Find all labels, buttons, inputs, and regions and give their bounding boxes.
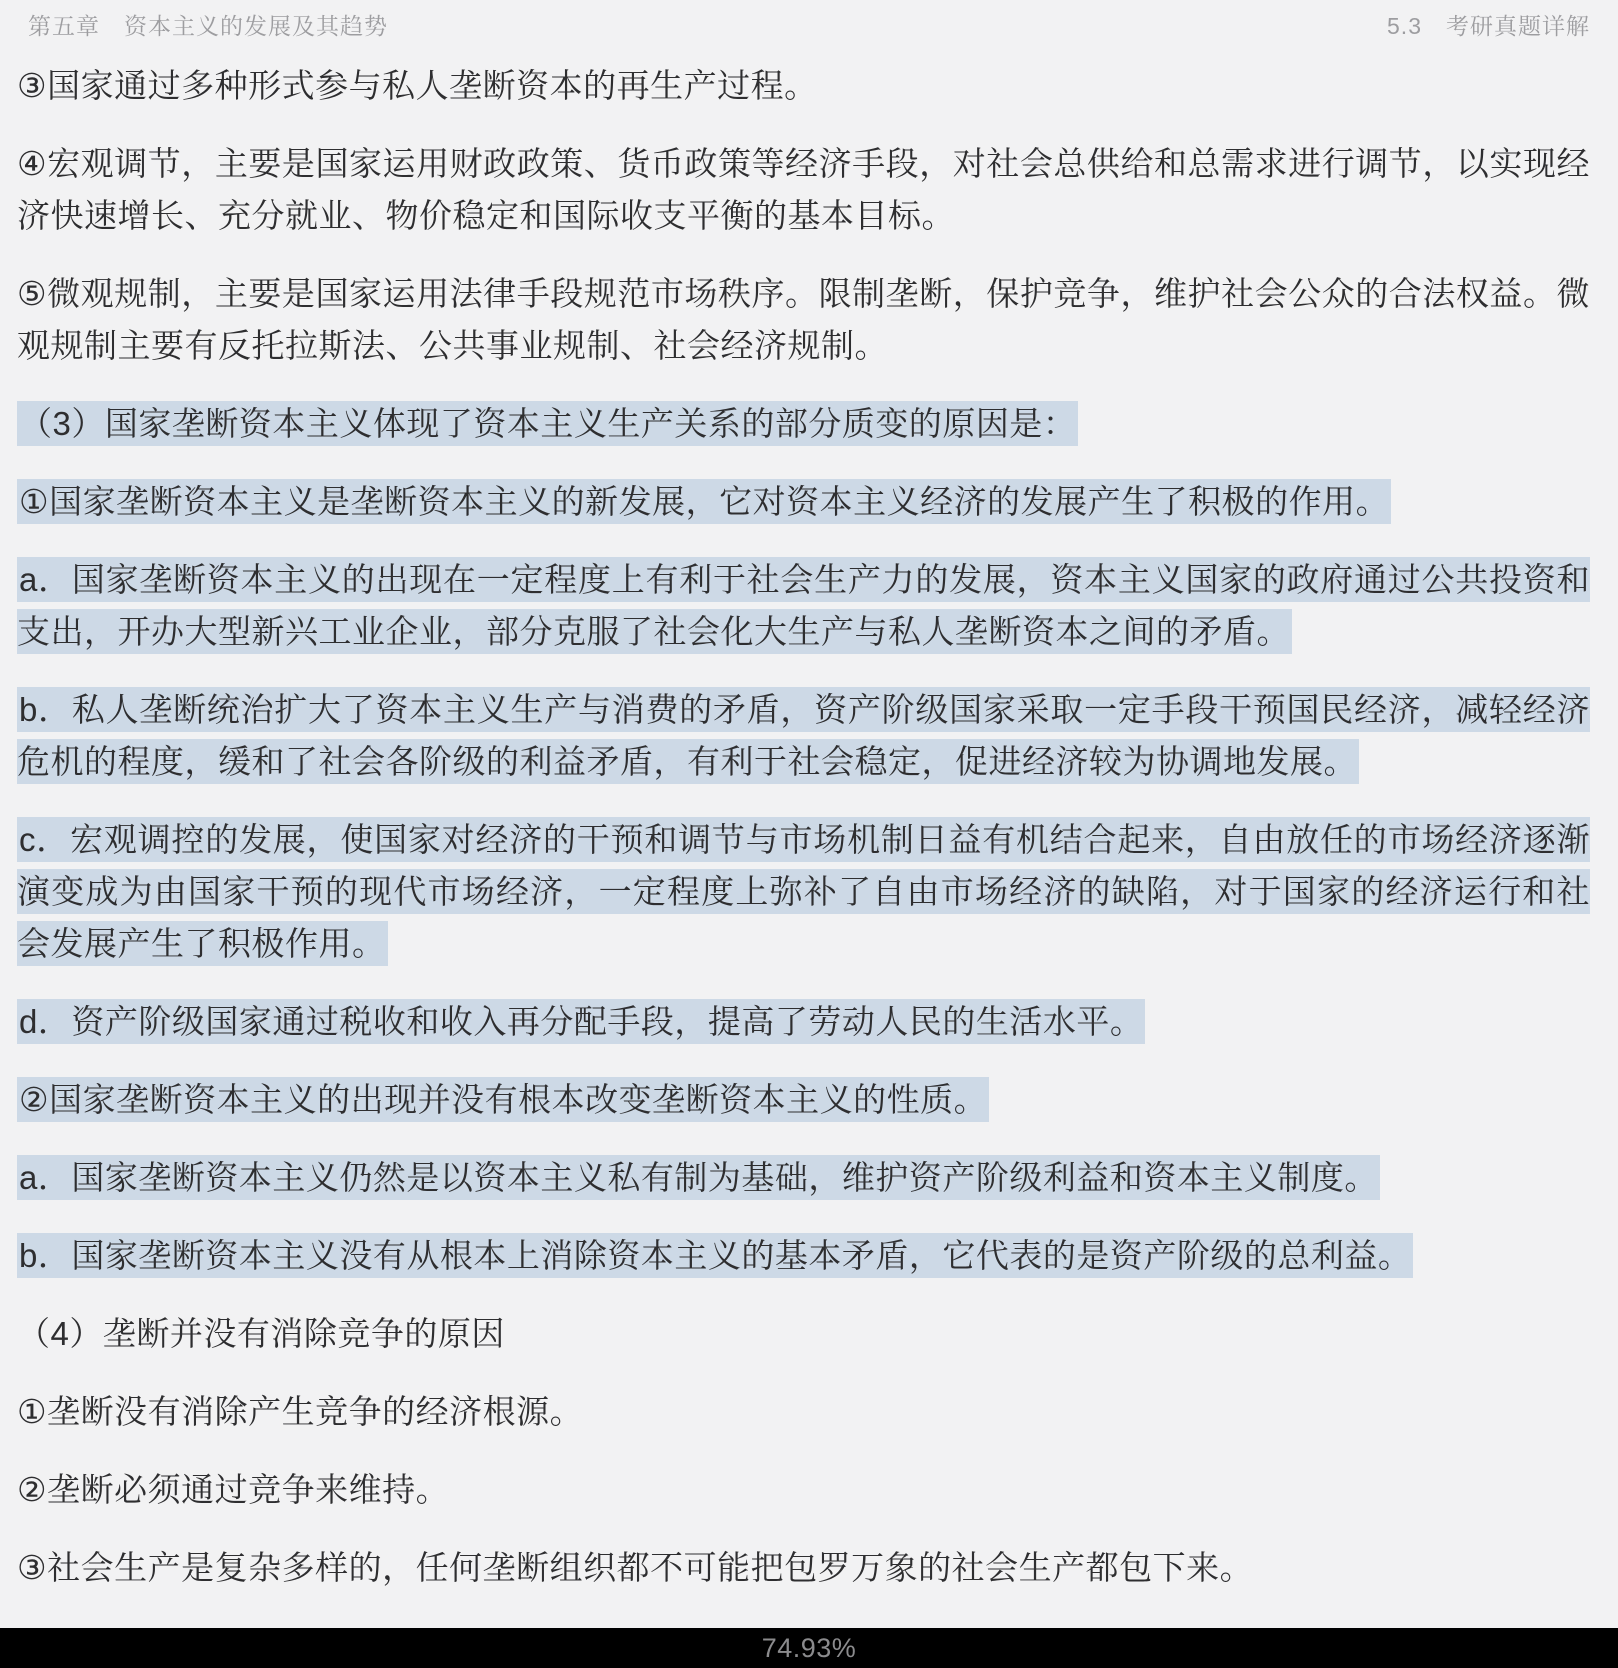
reader-header: 第五章 资本主义的发展及其趋势 5.3 考研真题详解 xyxy=(0,0,1618,46)
progress-bar: 74.93% xyxy=(0,1628,1618,1668)
paragraph: （3）国家垄断资本主义体现了资本主义生产关系的部分质变的原因是： xyxy=(17,398,1590,450)
paragraph: b．国家垄断资本主义没有从根本上消除资本主义的基本矛盾，它代表的是资产阶级的总利… xyxy=(17,1230,1590,1282)
paragraph: ③社会生产是复杂多样的，任何垄断组织都不可能把包罗万象的社会生产都包下来。 xyxy=(17,1542,1590,1594)
paragraph: ④宏观调节，主要是国家运用财政政策、货币政策等经济手段，对社会总供给和总需求进行… xyxy=(17,138,1590,242)
ebook-reader-page: 第五章 资本主义的发展及其趋势 5.3 考研真题详解 ③国家通过多种形式参与私人… xyxy=(0,0,1618,1668)
paragraph-text: ⑤微观规制，主要是国家运用法律手段规范市场秩序。限制垄断，保护竞争，维护社会公众… xyxy=(17,275,1590,364)
chapter-title: 第五章 资本主义的发展及其趋势 xyxy=(28,8,388,41)
paragraph: ⑤微观规制，主要是国家运用法律手段规范市场秩序。限制垄断，保护竞争，维护社会公众… xyxy=(17,268,1590,372)
paragraph: b．私人垄断统治扩大了资本主义生产与消费的矛盾，资产阶级国家采取一定手段干预国民… xyxy=(17,684,1590,788)
paragraph: d．资产阶级国家通过税收和收入再分配手段，提高了劳动人民的生活水平。 xyxy=(17,996,1590,1048)
selected-text: ①国家垄断资本主义是垄断资本主义的新发展，它对资本主义经济的发展产生了积极的作用… xyxy=(17,479,1391,524)
paragraph: （4）垄断并没有消除竞争的原因 xyxy=(17,1308,1590,1360)
paragraph: ①垄断没有消除产生竞争的经济根源。 xyxy=(17,1386,1590,1438)
progress-percentage: 74.93% xyxy=(762,1633,857,1664)
paragraph-text: ③国家通过多种形式参与私人垄断资本的再生产过程。 xyxy=(17,67,818,104)
paragraph: c．宏观调控的发展，使国家对经济的干预和调节与市场机制日益有机结合起来，自由放任… xyxy=(17,814,1590,970)
selected-text: b．国家垄断资本主义没有从根本上消除资本主义的基本矛盾，它代表的是资产阶级的总利… xyxy=(17,1233,1413,1278)
selected-text: ②国家垄断资本主义的出现并没有根本改变垄断资本主义的性质。 xyxy=(17,1077,989,1122)
selected-text: a．国家垄断资本主义仍然是以资本主义私有制为基础，维护资产阶级利益和资本主义制度… xyxy=(17,1155,1380,1200)
paragraph: ②国家垄断资本主义的出现并没有根本改变垄断资本主义的性质。 xyxy=(17,1074,1590,1126)
section-title: 5.3 考研真题详解 xyxy=(1387,8,1590,41)
paragraph-text: （4）垄断并没有消除竞争的原因 xyxy=(17,1315,505,1352)
paragraph: ①国家垄断资本主义是垄断资本主义的新发展，它对资本主义经济的发展产生了积极的作用… xyxy=(17,476,1590,528)
paragraph-text: ④宏观调节，主要是国家运用财政政策、货币政策等经济手段，对社会总供给和总需求进行… xyxy=(17,145,1590,234)
paragraph: ②垄断必须通过竞争来维持。 xyxy=(17,1464,1590,1516)
selected-text: d．资产阶级国家通过税收和收入再分配手段，提高了劳动人民的生活水平。 xyxy=(17,999,1145,1044)
selected-text: b．私人垄断统治扩大了资本主义生产与消费的矛盾，资产阶级国家采取一定手段干预国民… xyxy=(17,687,1590,784)
selected-text: a．国家垄断资本主义的出现在一定程度上有利于社会生产力的发展，资本主义国家的政府… xyxy=(17,557,1590,654)
paragraph-text: ③社会生产是复杂多样的，任何垄断组织都不可能把包罗万象的社会生产都包下来。 xyxy=(17,1549,1253,1586)
paragraph: ③国家通过多种形式参与私人垄断资本的再生产过程。 xyxy=(17,60,1590,112)
selected-text: （3）国家垄断资本主义体现了资本主义生产关系的部分质变的原因是： xyxy=(17,401,1078,446)
paragraph-text: ①垄断没有消除产生竞争的经济根源。 xyxy=(17,1393,583,1430)
paragraph: a．国家垄断资本主义仍然是以资本主义私有制为基础，维护资产阶级利益和资本主义制度… xyxy=(17,1152,1590,1204)
reading-area[interactable]: ③国家通过多种形式参与私人垄断资本的再生产过程。④宏观调节，主要是国家运用财政政… xyxy=(0,46,1618,1594)
paragraph-text: ②垄断必须通过竞争来维持。 xyxy=(17,1471,449,1508)
selected-text: c．宏观调控的发展，使国家对经济的干预和调节与市场机制日益有机结合起来，自由放任… xyxy=(17,817,1590,966)
paragraph: a．国家垄断资本主义的出现在一定程度上有利于社会生产力的发展，资本主义国家的政府… xyxy=(17,554,1590,658)
